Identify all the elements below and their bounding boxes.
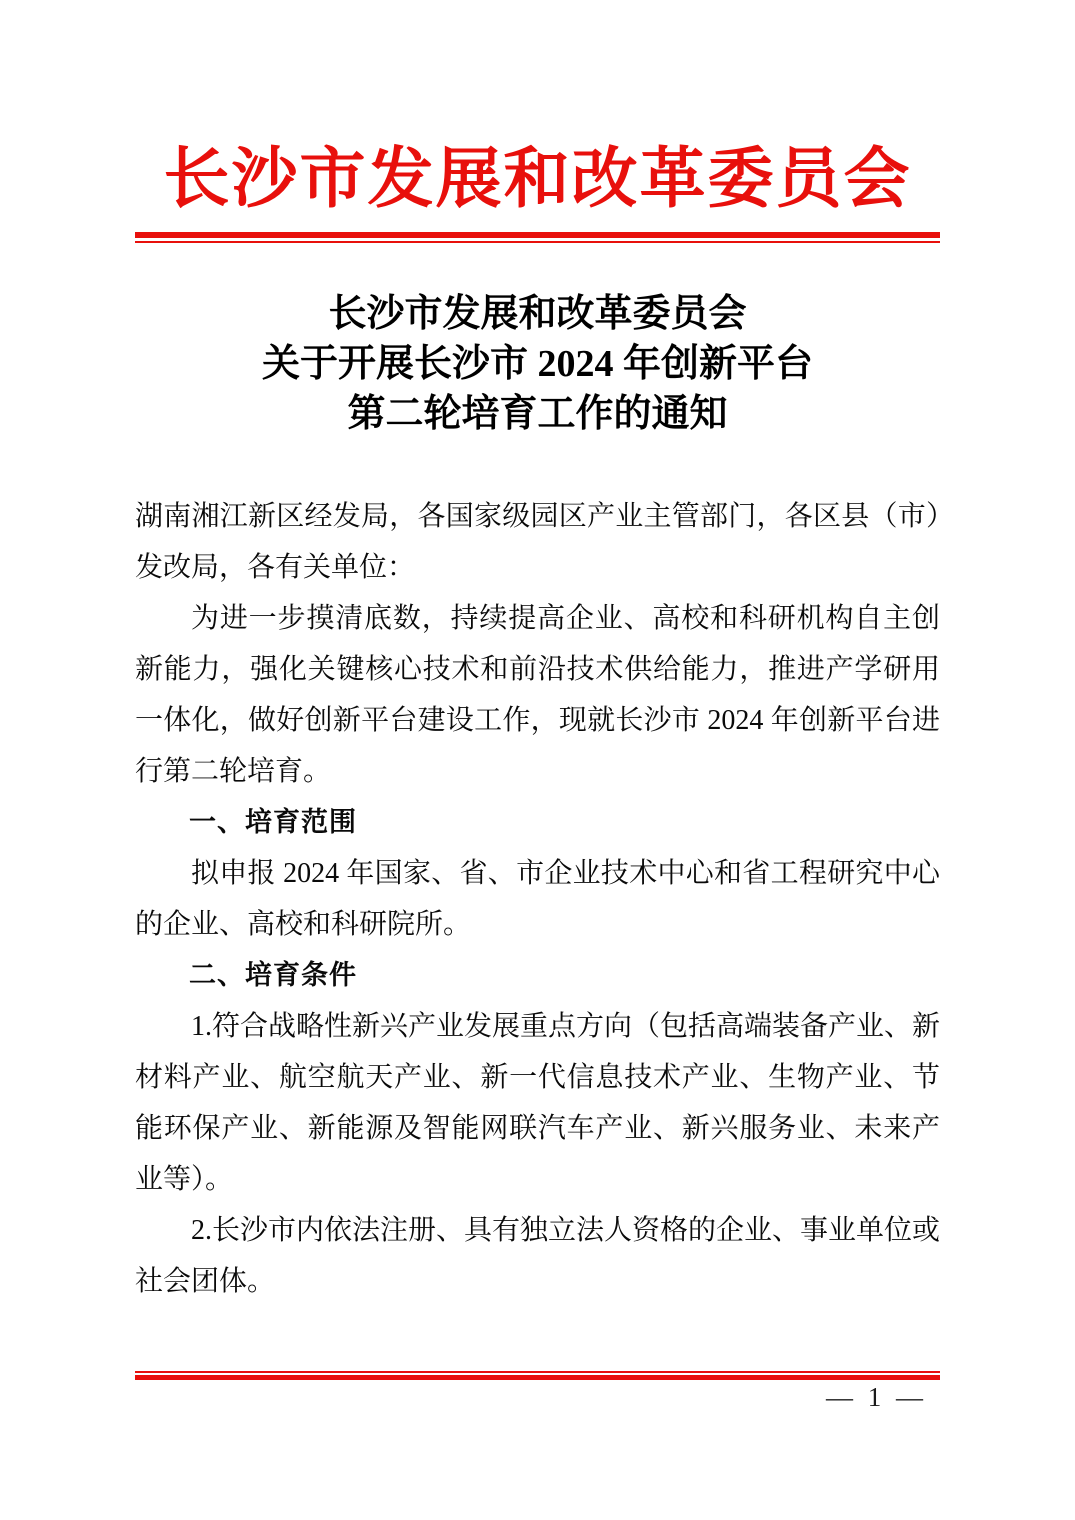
document-title-line-3: 第二轮培育工作的通知	[135, 389, 940, 439]
paragraph-condition-1: 1.符合战略性新兴产业发展重点方向（包括高端装备产业、新材料产业、航空航天产业、…	[135, 1001, 940, 1205]
paragraph-salutation: 湖南湘江新区经发局，各国家级园区产业主管部门，各区县（市）发改局，各有关单位：	[135, 491, 940, 593]
document-title-line-2: 关于开展长沙市 2024 年创新平台	[135, 339, 940, 389]
document-page: 长沙市发展和改革委员会 长沙市发展和改革委员会 关于开展长沙市 2024 年创新…	[0, 0, 1075, 1520]
paragraph-intro: 为进一步摸清底数，持续提高企业、高校和科研机构自主创新能力，强化关键核心技术和前…	[135, 593, 940, 797]
section-heading-2: 二、培育条件	[135, 950, 940, 1001]
document-title: 长沙市发展和改革委员会 关于开展长沙市 2024 年创新平台 第二轮培育工作的通…	[135, 289, 940, 439]
document-title-line-1: 长沙市发展和改革委员会	[135, 289, 940, 339]
page-number: — 1 —	[826, 1382, 927, 1413]
letterhead-org-name: 长沙市发展和改革委员会	[135, 142, 940, 218]
section-heading-1: 一、培育范围	[135, 797, 940, 848]
content-column: 长沙市发展和改革委员会 长沙市发展和改革委员会 关于开展长沙市 2024 年创新…	[135, 0, 940, 1307]
footer-divider-line	[135, 1371, 940, 1380]
paragraph-condition-2: 2.长沙市内依法注册、具有独立法人资格的企业、事业单位或社会团体。	[135, 1205, 940, 1307]
letterhead-divider-line	[135, 232, 940, 243]
document-body: 湖南湘江新区经发局，各国家级园区产业主管部门，各区县（市）发改局，各有关单位： …	[135, 491, 940, 1307]
paragraph-section-1-body: 拟申报 2024 年国家、省、市企业技术中心和省工程研究中心的企业、高校和科研院…	[135, 848, 940, 950]
